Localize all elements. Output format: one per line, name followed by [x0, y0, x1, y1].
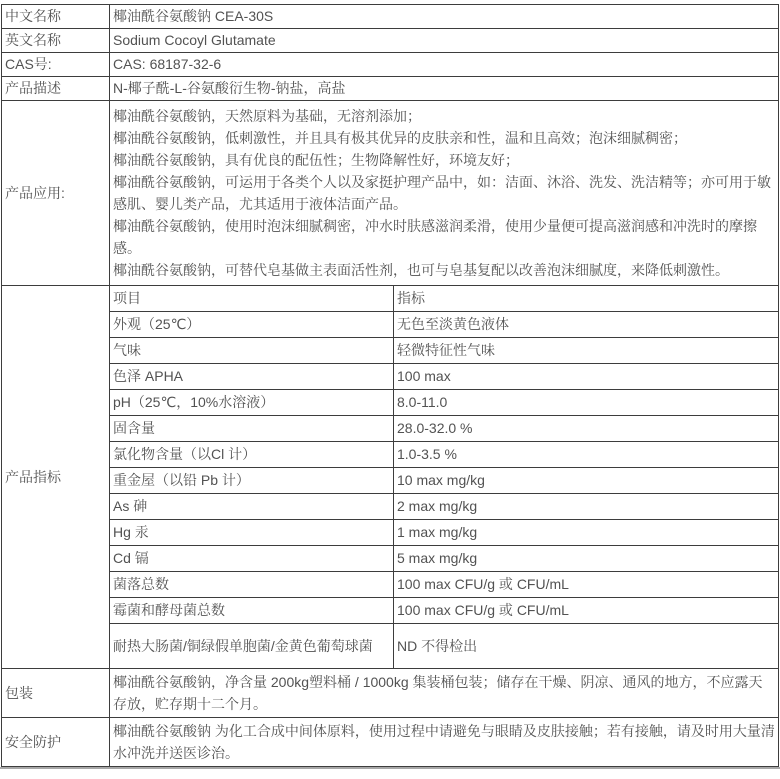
spec-item: 菌落总数: [110, 572, 394, 598]
spec-row-color-apha: 色泽 APHA 100 max: [2, 364, 779, 390]
table-row-description: 产品描述 N-椰子酰-L-谷氨酸衍生物-钠盐，高盐: [2, 77, 779, 101]
spec-item: 外观（25℃）: [110, 312, 394, 338]
spec-row-pathogens: 耐热大肠菌/铜绿假单胞菌/金黄色葡萄球菌 ND 不得检出: [2, 624, 779, 669]
spec-value: 8.0-11.0: [394, 390, 779, 416]
label-en-name: 英文名称: [2, 29, 110, 53]
label-application: 产品应用:: [2, 101, 110, 286]
spec-header-value: 指标: [394, 286, 779, 312]
label-packaging: 包装: [2, 669, 110, 718]
spec-item: 耐热大肠菌/铜绿假单胞菌/金黄色葡萄球菌: [110, 624, 394, 669]
spec-row-solid-content: 固含量 28.0-32.0 %: [2, 416, 779, 442]
value-description: N-椰子酰-L-谷氨酸衍生物-钠盐，高盐: [110, 77, 779, 101]
spec-row-arsenic: As 砷 2 max mg/kg: [2, 494, 779, 520]
packaging-text: 椰油酰谷氨酸钠，净含量 200kg塑料桶 / 1000kg 集装桶包装；储存在干…: [110, 669, 779, 718]
spec-item: 霉菌和酵母菌总数: [110, 598, 394, 624]
spec-value: 轻微特征性气味: [394, 338, 779, 364]
spec-row-heavy-metals: 重金屋（以铅 Pb 计） 10 max mg/kg: [2, 468, 779, 494]
application-paragraph: 椰油酰谷氨酸钠，使用时泡沫细腻稠密，冲水时肤感滋润柔滑，使用少量便可提高滋润感和…: [113, 215, 775, 259]
spec-value: ND 不得检出: [394, 624, 779, 669]
label-description: 产品描述: [2, 77, 110, 101]
spec-item: 氯化物含量（以Cl 计）: [110, 442, 394, 468]
spec-value: 100 max: [394, 364, 779, 390]
spec-item: 气味: [110, 338, 394, 364]
table-row-cas: CAS号: CAS: 68187-32-6: [2, 53, 779, 77]
value-cn-name: 椰油酰谷氨酸钠 CEA-30S: [110, 5, 779, 29]
spec-row-mercury: Hg 汞 1 max mg/kg: [2, 520, 779, 546]
spec-value: 100 max CFU/g 或 CFU/mL: [394, 598, 779, 624]
table-row-application: 产品应用: 椰油酰谷氨酸钠，天然原料为基础，无溶剂添加； 椰油酰谷氨酸钠，低刺激…: [2, 101, 779, 286]
spec-value: 28.0-32.0 %: [394, 416, 779, 442]
product-datasheet: 中文名称 椰油酰谷氨酸钠 CEA-30S 英文名称 Sodium Cocoyl …: [0, 0, 780, 769]
spec-item: Hg 汞: [110, 520, 394, 546]
label-cas: CAS号:: [2, 53, 110, 77]
safety-text: 椰油酰谷氨酸钠 为化工合成中间体原料，使用过程中请避免与眼睛及皮肤接触；若有接触…: [110, 718, 779, 767]
spec-value: 1.0-3.5 %: [394, 442, 779, 468]
spec-item: Cd 镉: [110, 546, 394, 572]
spec-row-appearance: 外观（25℃） 无色至淡黄色液体: [2, 312, 779, 338]
spec-item: 色泽 APHA: [110, 364, 394, 390]
value-cas: CAS: 68187-32-6: [110, 53, 779, 77]
spec-row-cadmium: Cd 镉 5 max mg/kg: [2, 546, 779, 572]
spec-item: As 砷: [110, 494, 394, 520]
spec-value: 100 max CFU/g 或 CFU/mL: [394, 572, 779, 598]
table-row-safety: 安全防护 椰油酰谷氨酸钠 为化工合成中间体原料，使用过程中请避免与眼睛及皮肤接触…: [2, 718, 779, 767]
spec-item: 固含量: [110, 416, 394, 442]
spec-header-item: 项目: [110, 286, 394, 312]
spec-value: 5 max mg/kg: [394, 546, 779, 572]
spec-value: 1 max mg/kg: [394, 520, 779, 546]
spec-value: 10 max mg/kg: [394, 468, 779, 494]
application-paragraph: 椰油酰谷氨酸钠，可替代皂基做主表面活性剂，也可与皂基复配以改善泡沫细腻度，来降低…: [113, 259, 775, 281]
spec-item: pH（25℃，10%水溶液）: [110, 390, 394, 416]
label-safety: 安全防护: [2, 718, 110, 767]
spec-row-mold-yeast: 霉菌和酵母菌总数 100 max CFU/g 或 CFU/mL: [2, 598, 779, 624]
application-paragraph: 椰油酰谷氨酸钠，天然原料为基础，无溶剂添加；: [113, 105, 775, 127]
spec-value: 无色至淡黄色液体: [394, 312, 779, 338]
table-row-packaging: 包装 椰油酰谷氨酸钠，净含量 200kg塑料桶 / 1000kg 集装桶包装；储…: [2, 669, 779, 718]
spec-row-chloride: 氯化物含量（以Cl 计） 1.0-3.5 %: [2, 442, 779, 468]
value-en-name: Sodium Cocoyl Glutamate: [110, 29, 779, 53]
application-paragraph: 椰油酰谷氨酸钠，可运用于各类个人以及家挺护理产品中，如：洁面、沐浴、洗发、洗洁精…: [113, 171, 775, 215]
spec-header-row: 产品指标 项目 指标: [2, 286, 779, 312]
application-paragraph: 椰油酰谷氨酸钠，低刺激性，并且具有极其优异的皮肤亲和性，温和且高效；泡沫细腻稠密…: [113, 127, 775, 149]
spec-row-total-plate-count: 菌落总数 100 max CFU/g 或 CFU/mL: [2, 572, 779, 598]
spec-row-odor: 气味 轻微特征性气味: [2, 338, 779, 364]
spec-item: 重金屋（以铅 Pb 计）: [110, 468, 394, 494]
product-spec-table: 中文名称 椰油酰谷氨酸钠 CEA-30S 英文名称 Sodium Cocoyl …: [1, 4, 779, 767]
table-row-en-name: 英文名称 Sodium Cocoyl Glutamate: [2, 29, 779, 53]
table-row-cn-name: 中文名称 椰油酰谷氨酸钠 CEA-30S: [2, 5, 779, 29]
label-cn-name: 中文名称: [2, 5, 110, 29]
application-paragraph: 椰油酰谷氨酸钠，具有优良的配伍性；生物降解性好，环境友好；: [113, 149, 775, 171]
label-specs: 产品指标: [2, 286, 110, 669]
application-text: 椰油酰谷氨酸钠，天然原料为基础，无溶剂添加； 椰油酰谷氨酸钠，低刺激性，并且具有…: [110, 101, 779, 286]
spec-row-ph: pH（25℃，10%水溶液） 8.0-11.0: [2, 390, 779, 416]
spec-value: 2 max mg/kg: [394, 494, 779, 520]
